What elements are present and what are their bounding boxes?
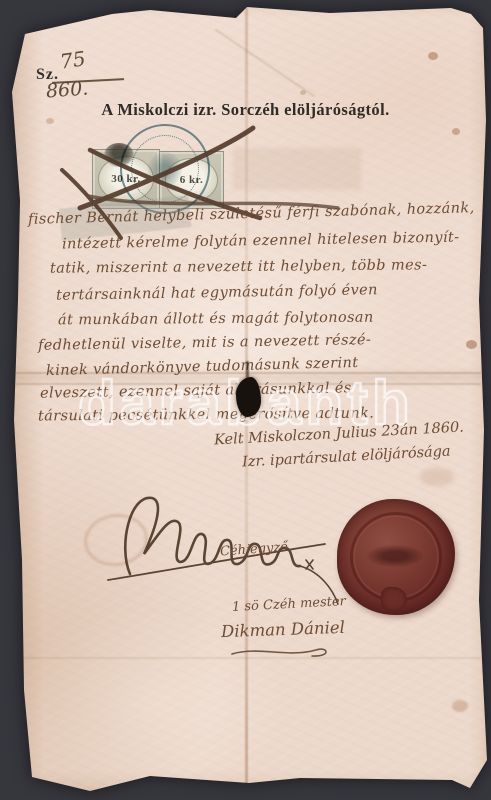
stain-spot xyxy=(300,90,306,95)
body-line: tertársainknál hat egymásután folyó éven xyxy=(56,282,378,304)
stain-spot xyxy=(452,128,460,135)
crease-diagonal-top xyxy=(215,29,316,98)
wax-seal-drip xyxy=(381,587,407,611)
paper-shadow: Sz. 75 860. A Miskolczi izr. Sorczéh elö… xyxy=(0,0,491,800)
notary-signature xyxy=(100,476,345,608)
reference-number-block: Sz. 75 860. xyxy=(36,48,156,106)
ref-number-bottom: 860. xyxy=(45,78,89,103)
body-line: fedhetlenül viselte, mit is a nevezett r… xyxy=(38,332,371,354)
paper-sheet: Sz. 75 860. A Miskolczi izr. Sorczéh elö… xyxy=(0,0,491,800)
stain-spot xyxy=(466,340,477,349)
document-photo: Sz. 75 860. A Miskolczi izr. Sorczéh elö… xyxy=(0,0,491,800)
stain-spot xyxy=(428,52,438,60)
ink-blot-hole xyxy=(236,377,261,417)
ref-number-top: 75 xyxy=(58,46,87,73)
stain-spot xyxy=(452,700,468,712)
body-line: tatik, miszerint a nevezett itt helyben,… xyxy=(50,257,427,276)
body-line: társulati pecsétünkkel megerősítve adtun… xyxy=(38,406,374,425)
signature-swash xyxy=(228,644,348,662)
guild-master-name: Dikman Dániel xyxy=(221,618,345,641)
body-line: át munkában állott és magát folytonosan xyxy=(58,310,374,329)
wax-seal xyxy=(337,499,455,615)
stain-patch xyxy=(420,468,454,486)
issuer-line: Izr. ipartársulat elöljárósága xyxy=(242,444,451,471)
